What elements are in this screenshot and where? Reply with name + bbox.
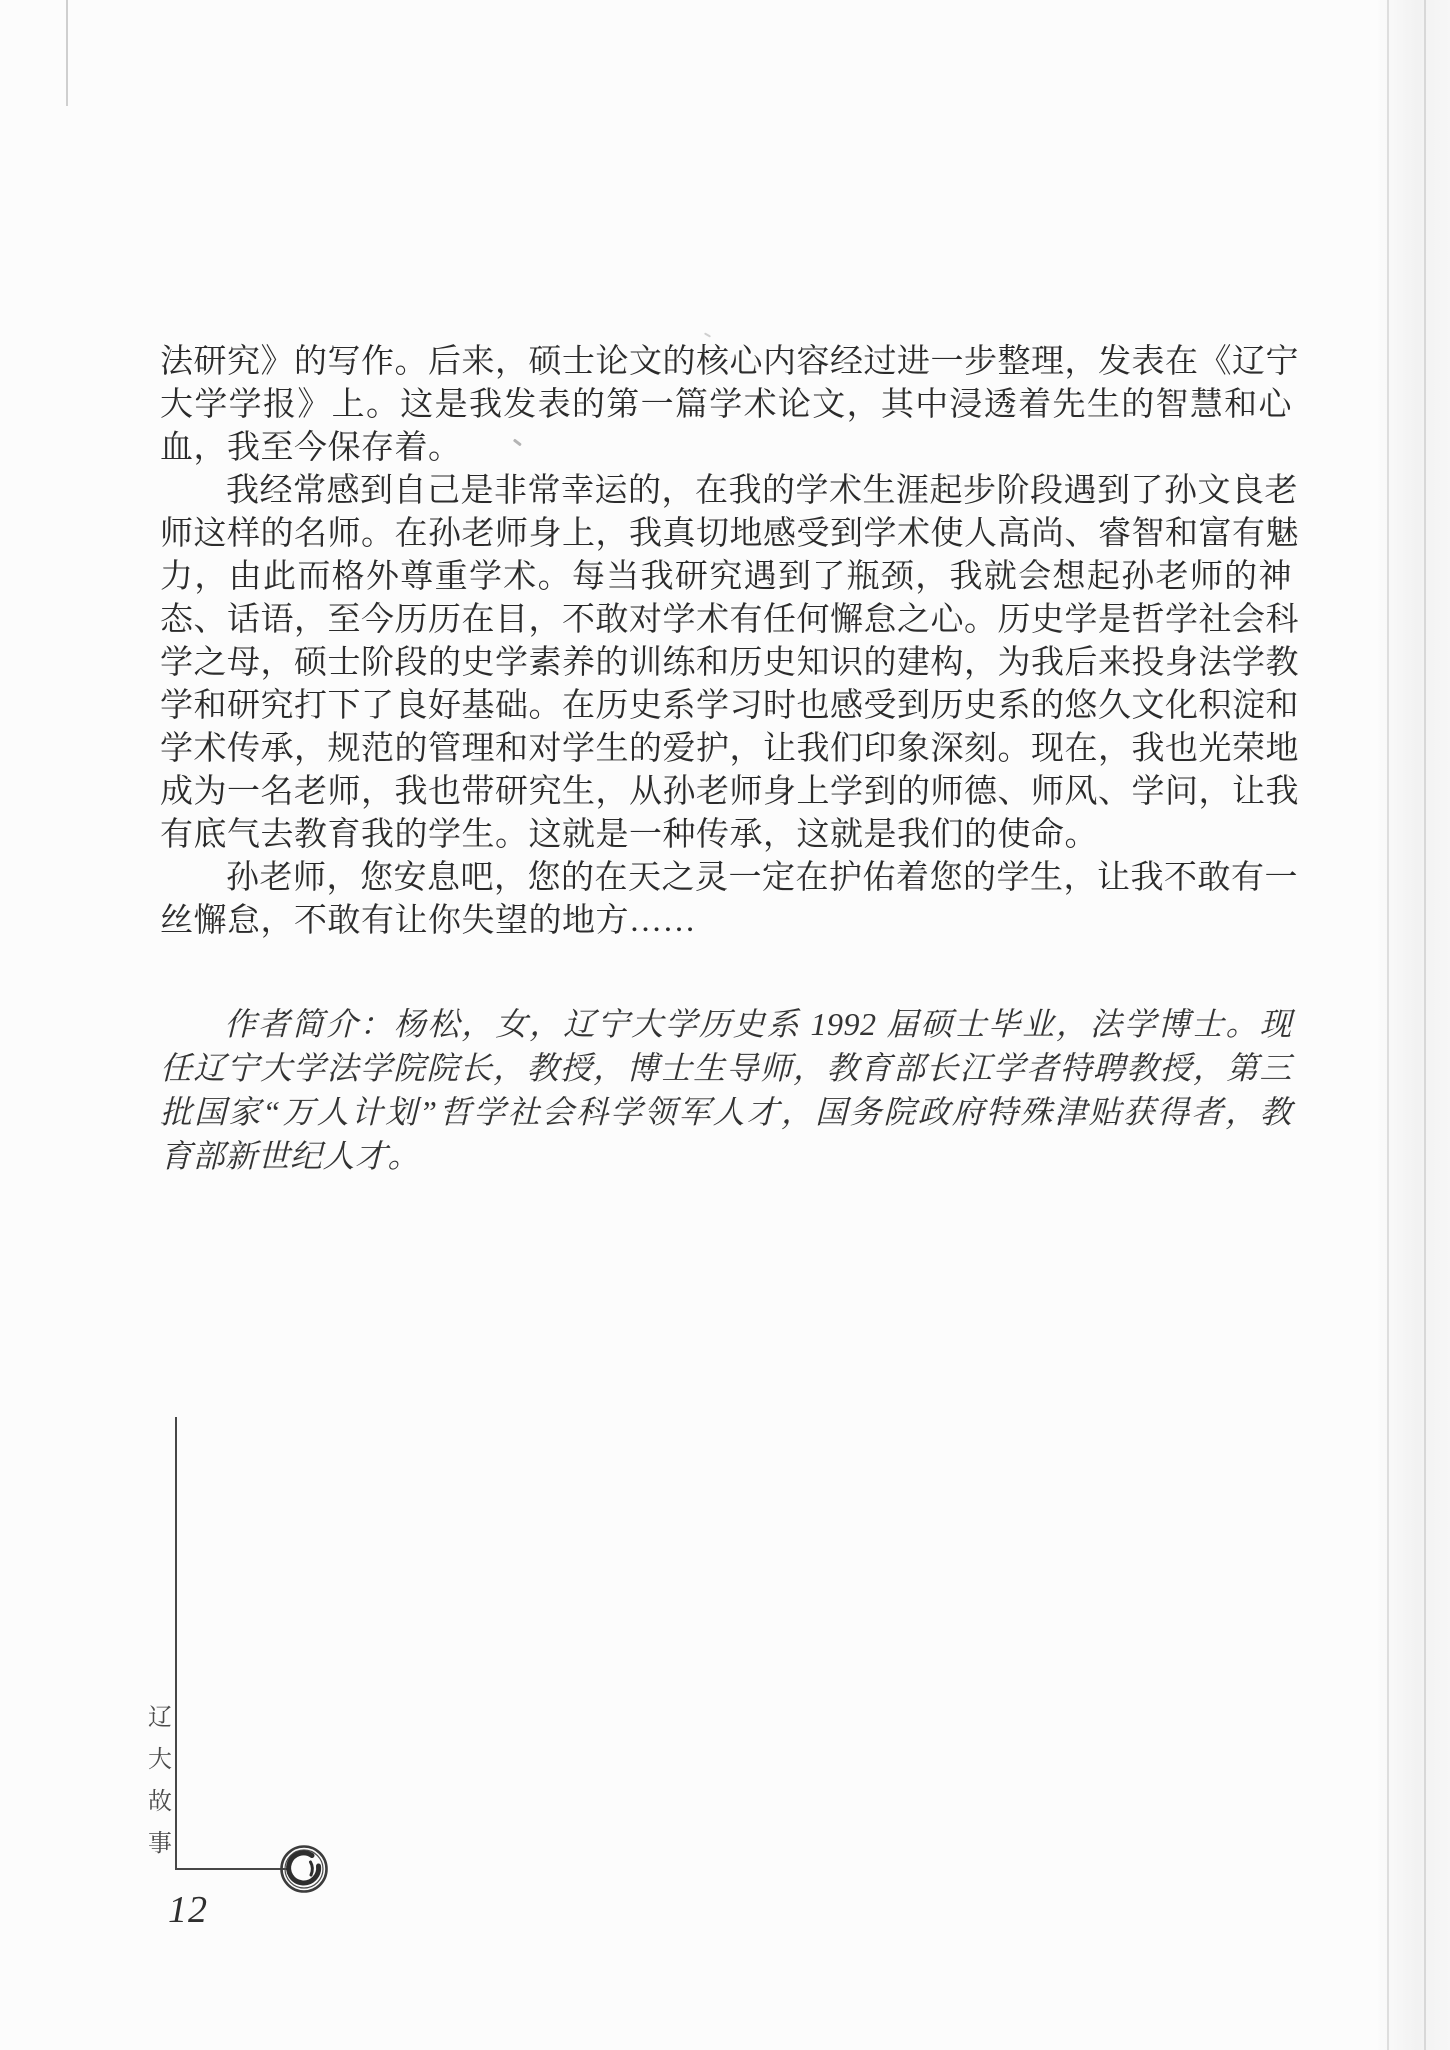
text-line: 态、话语，至今历历在目，不敢对学术有任何懈怠之心。历史学是哲学社会科	[160, 599, 1292, 642]
text-line: 辽	[146, 1703, 174, 1745]
text-line: 作者简介：杨松，女，辽宁大学历史系 1992 届硕士毕业，法学博士。现	[160, 1002, 1292, 1046]
text-line: 大学学报》上。这是我发表的第一篇学术论文，其中浸透着先生的智慧和心	[160, 384, 1292, 427]
paragraph: 孙老师，您安息吧，您的在天之灵一定在护佑着您的学生，让我不敢有一丝懈怠，不敢有让…	[160, 857, 1292, 943]
text-line: 学之母，硕士阶段的史学素养的训练和历史知识的建构，为我后来投身法学教	[160, 642, 1292, 685]
text-line: 育部新世纪人才。	[160, 1134, 1292, 1178]
text-line: 学和研究打下了良好基础。在历史系学习时也感受到历史系的悠久文化积淀和	[160, 685, 1292, 728]
paragraph: 我经常感到自己是非常幸运的，在我的学术生涯起步阶段遇到了孙文良老师这样的名师。在…	[160, 470, 1292, 857]
text-line: 有底气去教育我的学生。这就是一种传承，这就是我们的使命。	[160, 814, 1292, 857]
text-line: 批国家“万人计划”哲学社会科学领军人才，国务院政府特殊津贴获得者，教	[160, 1090, 1292, 1134]
text-line: 大	[146, 1745, 174, 1787]
text-line: 我经常感到自己是非常幸运的，在我的学术生涯起步阶段遇到了孙文良老	[160, 470, 1292, 513]
publisher-seal-icon	[279, 1844, 329, 1894]
text-line: 任辽宁大学法学院院长，教授，博士生导师，教育部长江学者特聘教授，第三	[160, 1046, 1292, 1090]
scan-edge-line	[66, 0, 68, 106]
page-body-text: 法研究》的写作。后来，硕士论文的核心内容经过进一步整理，发表在《辽宁大学学报》上…	[160, 341, 1292, 943]
scan-speck	[704, 332, 711, 337]
text-line: 故	[146, 1787, 174, 1829]
text-line: 力，由此而格外尊重学术。每当我研究遇到了瓶颈，我就会想起孙老师的神	[160, 556, 1292, 599]
text-line: 丝懈怠，不敢有让你失望的地方……	[160, 900, 1292, 943]
text-line: 血，我至今保存着。	[160, 427, 1292, 470]
scan-edge-line	[1424, 0, 1426, 2050]
text-line: 法研究》的写作。后来，硕士论文的核心内容经过进一步整理，发表在《辽宁	[160, 341, 1292, 384]
margin-vertical-rule	[175, 1417, 177, 1869]
text-line: 事	[146, 1829, 174, 1871]
paragraph-continuation: 法研究》的写作。后来，硕士论文的核心内容经过进一步整理，发表在《辽宁大学学报》上…	[160, 341, 1292, 470]
page-number: 12	[168, 1888, 208, 1932]
author-bio: 作者简介：杨松，女，辽宁大学历史系 1992 届硕士毕业，法学博士。现任辽宁大学…	[160, 1002, 1292, 1178]
margin-horizontal-rule	[175, 1868, 288, 1870]
text-line: 师这样的名师。在孙老师身上，我真切地感受到学术使人高尚、睿智和富有魅	[160, 513, 1292, 556]
text-line: 孙老师，您安息吧，您的在天之灵一定在护佑着您的学生，让我不敢有一	[160, 857, 1292, 900]
text-line: 成为一名老师，我也带研究生，从孙老师身上学到的师德、师风、学问，让我	[160, 771, 1292, 814]
scan-edge-line	[1387, 0, 1389, 2050]
text-line: 学术传承，规范的管理和对学生的爱护，让我们印象深刻。现在，我也光荣地	[160, 728, 1292, 771]
series-side-label: 辽大故事	[146, 1703, 174, 1871]
